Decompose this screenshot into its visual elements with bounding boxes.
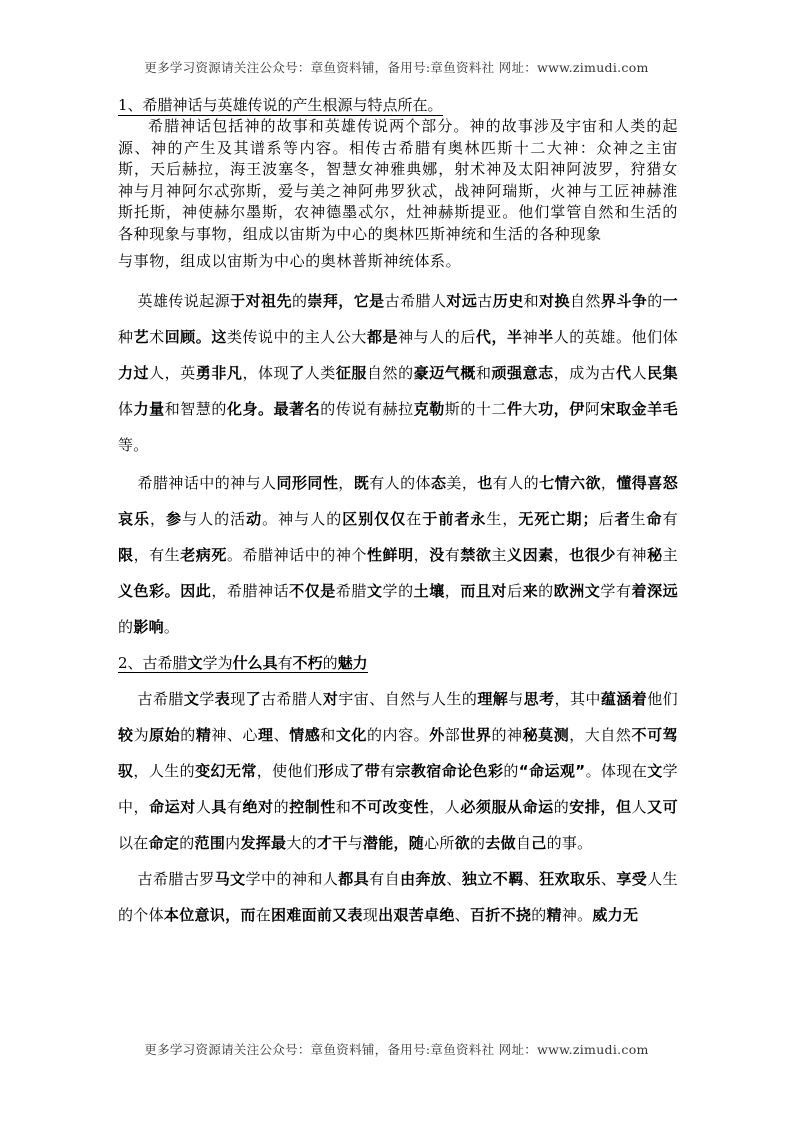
bold-text-run: 件 <box>507 400 523 418</box>
text-run: 和智慧的 <box>165 400 227 418</box>
section-2-paragraph-2: 古希腊古罗马文学中的神和人都具有自由奔放、独立不羁、狂欢取乐、享受人生的个体本位… <box>118 861 678 933</box>
bold-text-run: 取金羊毛 <box>616 400 678 418</box>
page-header-watermark: 更多学习资源请关注公众号：章鱼资料铺，备用号:章鱼资料社 网址：www.zimu… <box>0 58 793 76</box>
text-run: 生 <box>631 510 647 528</box>
section-2-heading-text: 2、古希腊文学为什么具有不朽的魅力 <box>118 654 368 673</box>
text-run: 有 <box>278 654 293 672</box>
bold-text-run: 化身。最著名 <box>227 400 320 418</box>
text-run: 大 <box>523 400 539 418</box>
bold-text-run: 文 <box>647 762 662 780</box>
text-run: 的 <box>274 798 290 816</box>
bold-text-run: 情感 <box>289 726 320 744</box>
text-run: 大的 <box>286 834 317 852</box>
text-run: 神 <box>523 328 539 346</box>
section-1-paragraph-2: 英雄传说起源于对祖先的崇拜，它是古希腊人对远古历史和对换自然界斗争的一种艺术回顾… <box>118 283 678 463</box>
bold-text-run: 于对祖先 <box>230 292 292 310</box>
bold-text-run: 魅力 <box>338 654 368 672</box>
page-footer-watermark: 更多学习资源请关注公众号：章鱼资料铺，备用号:章鱼资料社 网址：www.zimu… <box>0 1040 793 1058</box>
bold-text-run: 享受 <box>616 870 647 888</box>
bold-text-run: 宋 <box>600 400 616 418</box>
text-run: ，人生的 <box>133 762 195 780</box>
bold-text-run: 理解 <box>477 690 508 708</box>
bold-text-run: 来 <box>523 582 539 600</box>
text-run: 。 <box>164 618 179 636</box>
bold-text-run: 对远 <box>446 292 477 310</box>
bold-text-run: 潜能，随 <box>363 834 424 852</box>
bold-text-run: 界斗争 <box>601 292 647 310</box>
bold-text-run: 七情六欲 <box>539 474 601 492</box>
bold-text-run: 豪迈气概 <box>414 364 476 382</box>
bold-text-run: 禁欲 <box>460 546 491 564</box>
text-run: 种 <box>118 328 134 346</box>
text-run: 古 <box>477 292 492 310</box>
bold-text-run: 较 <box>118 726 134 744</box>
text-run: 有神 <box>616 546 647 564</box>
bold-text-run: 历史 <box>493 292 524 310</box>
text-run: ，其中 <box>555 690 601 708</box>
text-run: ，希腊神话 <box>211 582 289 600</box>
text-run: 阿 <box>585 400 601 418</box>
bold-text-run: 老病死 <box>180 546 227 564</box>
text-run: 神、心 <box>211 726 258 744</box>
text-run: 人的英雄。他们体 <box>554 328 678 346</box>
text-run: ， <box>150 510 166 528</box>
text-run: 学 <box>199 690 214 708</box>
text-run: ，体现 <box>243 364 290 382</box>
bold-text-run: 世界 <box>460 726 491 744</box>
bold-text-run: 懂得喜 <box>616 474 662 492</box>
text-run: ， <box>445 582 461 600</box>
text-run: 体 <box>118 400 134 418</box>
bold-text-run: 了 <box>289 364 305 382</box>
text-run: 的 <box>180 726 196 744</box>
bold-text-run: 安排， <box>569 798 616 816</box>
text-run: 有 <box>380 762 395 780</box>
bold-text-run: 秘莫测 <box>523 726 570 744</box>
text-run: 人 <box>632 364 648 382</box>
bold-text-run: 命运对 <box>149 798 196 816</box>
bold-text-run: 勇非凡 <box>196 364 243 382</box>
text-run: 、 <box>274 726 290 744</box>
text-run: ，成为古 <box>554 364 616 382</box>
bold-text-run: 也很少 <box>569 546 616 564</box>
text-run: 人类 <box>305 364 336 382</box>
bold-text-run: 狂欢取乐 <box>539 870 601 888</box>
text-run: 、 <box>601 870 616 888</box>
text-run: 希腊神话中的神与人 <box>138 474 277 492</box>
text-run: 有 <box>445 546 461 564</box>
section-1-paragraph-1-tail: 与事物，组成以宙斯为中心的奥林普斯神统体系。 <box>118 251 678 273</box>
bold-text-run: 对换 <box>539 292 570 310</box>
text-run: 和 <box>320 726 336 744</box>
bold-text-run: 者 <box>615 510 631 528</box>
bold-text-run: 由奔放 <box>400 870 446 888</box>
bold-text-run: 本位意识，而 <box>164 906 256 924</box>
text-run: 术 <box>149 328 165 346</box>
text-run: 的 <box>503 762 518 780</box>
bold-text-run: 变幻无常 <box>195 762 257 780</box>
bold-text-run: 参 <box>166 510 182 528</box>
text-run: 学的 <box>383 582 414 600</box>
bold-text-run: 限 <box>118 546 134 564</box>
bold-text-run: 不仅是 <box>289 582 336 600</box>
bold-text-run: 区别仅仅 <box>342 510 406 528</box>
bold-text-run: 表 <box>215 690 230 708</box>
text-run: 以在 <box>118 834 149 852</box>
text-run: 自 <box>516 834 531 852</box>
text-run: 有人的体 <box>369 474 431 492</box>
text-run: 为 <box>134 726 150 744</box>
text-run: 现 <box>363 906 378 924</box>
text-run: 后 <box>507 582 523 600</box>
bold-text-run: 文化 <box>336 726 367 744</box>
bold-text-run: 不可改变性 <box>351 798 429 816</box>
bold-text-run: 半 <box>538 328 554 346</box>
bold-text-run: 才干 <box>317 834 348 852</box>
bold-text-run: 又可 <box>647 798 678 816</box>
bold-text-run: 力量 <box>134 400 165 418</box>
text-run: 主 <box>491 546 507 564</box>
text-run: 神。 <box>562 906 593 924</box>
bold-text-run: 功，伊 <box>538 400 585 418</box>
bold-text-run: 精 <box>196 726 212 744</box>
text-run: 英雄传说起源 <box>138 292 231 310</box>
text-run: 美， <box>446 474 477 492</box>
text-run: 类传说中的主人公大 <box>227 328 367 346</box>
text-run: 现 <box>230 690 245 708</box>
bold-text-run: 命 <box>647 510 663 528</box>
text-run: 他 <box>647 690 662 708</box>
text-run: 。希腊神话中的神个 <box>227 546 367 564</box>
bold-text-run: 义因素 <box>507 546 554 564</box>
text-run: 的 <box>292 292 307 310</box>
text-run: 与 <box>348 834 363 852</box>
bold-text-run: 没 <box>429 546 445 564</box>
text-run: 人 <box>196 798 212 816</box>
text-run: 自然 <box>570 292 601 310</box>
text-run: ， <box>338 474 353 492</box>
text-run: 部 <box>445 726 461 744</box>
bold-text-run: 宗教宿命论色彩 <box>395 762 503 780</box>
text-run: 有自 <box>369 870 400 888</box>
text-run: 古希腊古罗 <box>138 870 215 888</box>
bold-text-run: 欧洲文 <box>554 582 601 600</box>
text-run: 在 <box>406 510 422 528</box>
text-run: ，有生 <box>134 546 181 564</box>
bold-text-run: 回顾。这 <box>165 328 227 346</box>
text-run: 在 <box>632 762 647 780</box>
text-run: 的 <box>647 292 662 310</box>
bold-text-run: 了带 <box>349 762 380 780</box>
bold-text-run: 什么具 <box>233 654 278 672</box>
bold-text-run: 都具 <box>338 870 369 888</box>
section-1-heading: 1、希腊神话与英雄传说的产生根源与特点所在。 <box>118 95 443 116</box>
bold-text-run: 征服 <box>336 364 367 382</box>
section-1-paragraph-3: 希腊神话中的神与人同形同性，既有人的体态美，也有人的七情六欲，懂得喜怒哀乐，参与… <box>118 465 678 645</box>
bold-text-run: 崇拜，它是 <box>307 292 384 310</box>
bold-text-run: 必须服从命运 <box>460 798 553 816</box>
bold-text-run: 文 <box>367 582 383 600</box>
text-run: 生， <box>486 510 518 528</box>
bold-text-run: 但 <box>616 798 632 816</box>
text-run: 成 <box>334 762 349 780</box>
bold-text-run: 代 <box>616 364 632 382</box>
text-run: 的事。 <box>547 834 593 852</box>
bold-text-run: 艺 <box>134 328 150 346</box>
text-run: 学为 <box>203 654 233 672</box>
text-run: 有人的 <box>493 474 539 492</box>
text-run: 斯的十二 <box>445 400 507 418</box>
paragraph-text: 希腊神话包括神的故事和英雄传说两个部分。神的故事涉及宇宙和人类的起源、神的产生及… <box>118 117 678 243</box>
bold-text-run: 于前者永 <box>422 510 486 528</box>
text-run: 的 <box>470 834 485 852</box>
bold-text-run: 态 <box>431 474 446 492</box>
text-run: ，使他们 <box>257 762 319 780</box>
bold-text-run: 外 <box>429 726 445 744</box>
text-run: 与人的活 <box>182 510 246 528</box>
text-run: 有 <box>663 510 678 528</box>
text-run: 和 <box>476 364 492 382</box>
text-run: 人 <box>647 870 662 888</box>
bold-text-run: 着深远 <box>632 582 678 600</box>
bold-text-run: 秘 <box>647 546 663 564</box>
text-run: 的 <box>118 618 133 636</box>
bold-text-run: 具 <box>211 798 227 816</box>
text-run: 古希腊人 <box>385 292 447 310</box>
bold-text-run: 形 <box>318 762 333 780</box>
bold-text-run: 马文 <box>215 870 246 888</box>
text-run: ，大自然 <box>569 726 631 744</box>
bold-text-run: 精 <box>547 906 562 924</box>
bold-text-run: 土壤 <box>414 582 445 600</box>
text-run: 人 <box>632 798 648 816</box>
text-run: 的神 <box>491 726 522 744</box>
text-run: 。神与人的 <box>262 510 342 528</box>
text-run: 和 <box>524 292 539 310</box>
bold-text-run: 绝对 <box>243 798 274 816</box>
text-run: 的内容。 <box>367 726 429 744</box>
text-run: 们 <box>663 690 678 708</box>
text-run: 等。 <box>118 436 149 454</box>
bold-text-run: 欲 <box>455 834 470 852</box>
bold-text-run: 去做 <box>485 834 516 852</box>
bold-text-run: 范围 <box>195 834 226 852</box>
text-run: 古希腊人 <box>261 690 323 708</box>
bold-text-run: 一 <box>663 292 678 310</box>
text-run: ， <box>601 474 616 492</box>
text-run: 古希腊 <box>138 690 184 708</box>
text-run: 心所 <box>424 834 455 852</box>
bold-text-run: 民集 <box>647 364 678 382</box>
bold-text-run: 文 <box>188 654 203 672</box>
bold-text-run: 力过 <box>118 364 149 382</box>
bold-text-run: 不朽 <box>293 654 323 672</box>
bold-text-run: 命定 <box>149 834 180 852</box>
bold-text-run: 义色彩。因此 <box>118 582 211 600</box>
text-run: 2、古希腊 <box>118 654 188 672</box>
text-run: 的 <box>531 906 546 924</box>
text-run: 后 <box>598 510 615 528</box>
text-run: 的 <box>538 582 554 600</box>
bold-text-run: 而且对 <box>460 582 507 600</box>
text-run: 自然的 <box>367 364 414 382</box>
text-run: 。体现 <box>585 762 631 780</box>
section-1-paragraph-1: 希腊神话包括神的故事和英雄传说两个部分。神的故事涉及宇宙和人类的起源、神的产生及… <box>118 116 678 245</box>
bold-text-run: 既 <box>354 474 369 492</box>
bold-text-run: 都是 <box>367 328 398 346</box>
bold-text-run: 思考 <box>524 690 555 708</box>
bold-text-run: 理 <box>258 726 274 744</box>
text-run: 在 <box>256 906 271 924</box>
bold-text-run: 对 <box>323 690 338 708</box>
text-run: 有 <box>227 798 243 816</box>
bold-text-run: 影响 <box>133 618 164 636</box>
text-run: 希腊 <box>336 582 367 600</box>
bold-text-run: 文 <box>184 690 199 708</box>
text-run: ， <box>414 546 430 564</box>
text-run: 的 <box>323 654 338 672</box>
bold-text-run: “命运观” <box>519 762 586 780</box>
bold-text-run: 同形同性 <box>277 474 339 492</box>
bold-text-run: 顽强意志 <box>492 364 554 382</box>
bold-text-run: 也 <box>477 474 492 492</box>
bold-text-run: 性鲜明 <box>367 546 414 564</box>
section-2-paragraph-1: 古希腊文学表现了古希腊人对宇宙、自然与人生的理解与思考，其中蕴涵着他们较为原始的… <box>118 681 678 861</box>
text-run: 的 <box>179 834 194 852</box>
text-run: ， <box>554 546 570 564</box>
text-run: 的 <box>554 798 570 816</box>
bold-text-run: 了 <box>246 690 261 708</box>
text-run: 学中的神和人 <box>246 870 339 888</box>
text-run: 内 <box>225 834 240 852</box>
text-run: 宇宙、自然与人生的 <box>338 690 477 708</box>
bold-text-run: 代，半 <box>476 328 523 346</box>
text-run: 学有 <box>600 582 631 600</box>
text-run: 、 <box>524 870 539 888</box>
text-run: 和 <box>336 798 352 816</box>
bold-text-run: 百折不挠 <box>470 906 531 924</box>
text-run: 人，英 <box>149 364 196 382</box>
text-run: 神与人的后 <box>398 328 476 346</box>
bold-text-run: 原始 <box>149 726 180 744</box>
bold-text-run: 困难面前又表 <box>271 906 363 924</box>
text-run: 与 <box>508 690 523 708</box>
text-run: 、 <box>446 870 461 888</box>
section-2-heading: 2、古希腊文学为什么具有不朽的魅力 <box>118 645 678 681</box>
bold-text-run: 己 <box>531 834 546 852</box>
text-run: ，人 <box>429 798 460 816</box>
bold-text-run: 独立不羁 <box>462 870 524 888</box>
bold-text-run: 威力无 <box>592 906 638 924</box>
bold-text-run: 发挥最 <box>240 834 286 852</box>
document-body: 1、希腊神话与英雄传说的产生根源与特点所在。 希腊神话包括神的故事和英雄传说两个… <box>118 95 678 933</box>
bold-text-run: 蕴涵着 <box>601 690 647 708</box>
bold-text-run: 克勒 <box>414 400 445 418</box>
bold-text-run: 不 <box>632 726 648 744</box>
bold-text-run: 无死亡期； <box>518 510 597 528</box>
text-run: 的传说有赫拉 <box>320 400 413 418</box>
bold-text-run: 出艰苦卓绝 <box>378 906 455 924</box>
bold-text-run: 动 <box>246 510 262 528</box>
bold-text-run: 控制性 <box>289 798 336 816</box>
text-run: 主 <box>663 546 678 564</box>
text-run: 、 <box>455 906 470 924</box>
